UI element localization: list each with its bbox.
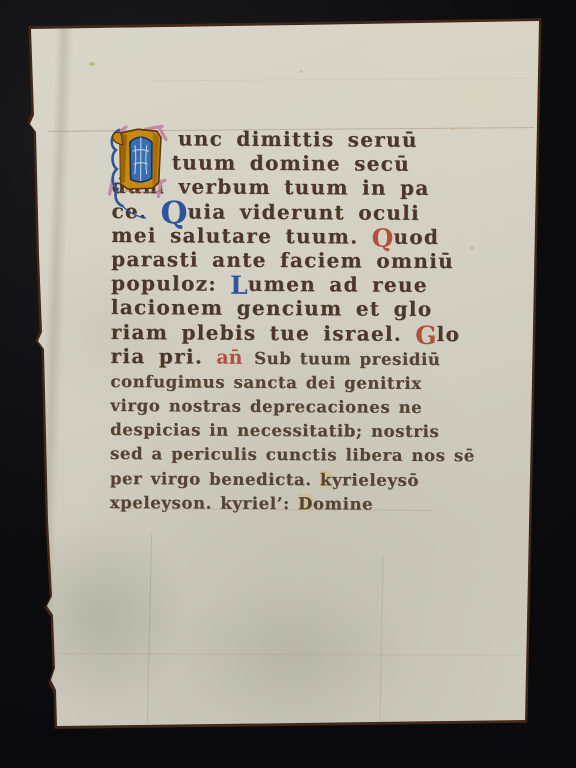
text-line: lacionem gencium et glo [111,295,437,321]
text-segment: populoz: [111,271,230,296]
text-segment: virgo nostras deprecaciones ne [110,396,422,417]
illuminated-initial-icon [107,124,170,222]
text-line: despicias in necessitatib; nostris [110,416,436,442]
text-segment: an̄ [216,346,254,368]
text-segment: D [298,494,313,513]
manuscript-leaf: unc dimittis seruūtuum domine secūdum ve… [0,0,576,768]
text-segment: omine [313,494,373,513]
text-segment: despicias in necessitatib; nostris [110,420,439,441]
text-segment: xpeleyson. kyriel’: [110,493,298,513]
ruling-line [150,78,530,82]
text-segment: sed a periculis cunctis libera nos sē [110,444,475,465]
text-line: per virgo benedicta. kyrieleysō [110,465,436,491]
text-segment: confugimus sancta dei genitrix [110,372,421,393]
text-line: riam plebis tue israel. Glo [111,319,437,345]
text-segment: mei salutare tuum. [111,223,371,249]
text-segment: ria pri. [111,344,217,369]
text-line: mei salutare tuum. Quod [111,223,437,249]
text-segment: yrieleysō [332,470,419,490]
text-segment: parasti ante faciem omniū [111,247,454,273]
text-line: virgo nostras deprecaciones ne [110,392,436,418]
text-segment: unc dimittis seruū [178,126,418,151]
speck [470,246,474,250]
text-line: xpeleyson. kyriel’: Domine [110,489,436,515]
text-segment: uod [393,224,439,248]
text-segment: lo [437,321,461,345]
text-line: parasti ante faciem omniū [111,247,437,273]
photo: unc dimittis seruūtuum domine secūdum ve… [0,0,576,768]
ruling-line [380,556,384,722]
text-line: sed a periculis cunctis libera nos sē [110,440,436,466]
ruling-line [58,653,520,656]
text-segment: per virgo benedicta. [110,469,320,489]
text-line: populoz: Lumen ad reue [111,271,437,297]
illuminated-initial-art [107,124,170,222]
text-line: ria pri. an̄ Sub tuum presidiū [111,344,437,370]
speck [451,128,455,131]
ruling-line [147,534,152,724]
text-segment: umen ad reue [248,272,428,297]
text-segment: uia viderunt oculi [187,199,420,224]
text-segment: lacionem gencium et glo [111,295,433,321]
text-segment: k [320,470,332,489]
text-segment: riam plebis tue israel. [111,319,416,345]
text-segment: Sub tuum presidiū [254,349,440,369]
text-segment: tuum domine secū [172,151,410,176]
text-block: unc dimittis seruūtuum domine secūdum ve… [110,126,438,515]
speck [300,70,303,73]
speck [89,62,95,66]
text-line: confugimus sancta dei genitrix [110,368,436,394]
